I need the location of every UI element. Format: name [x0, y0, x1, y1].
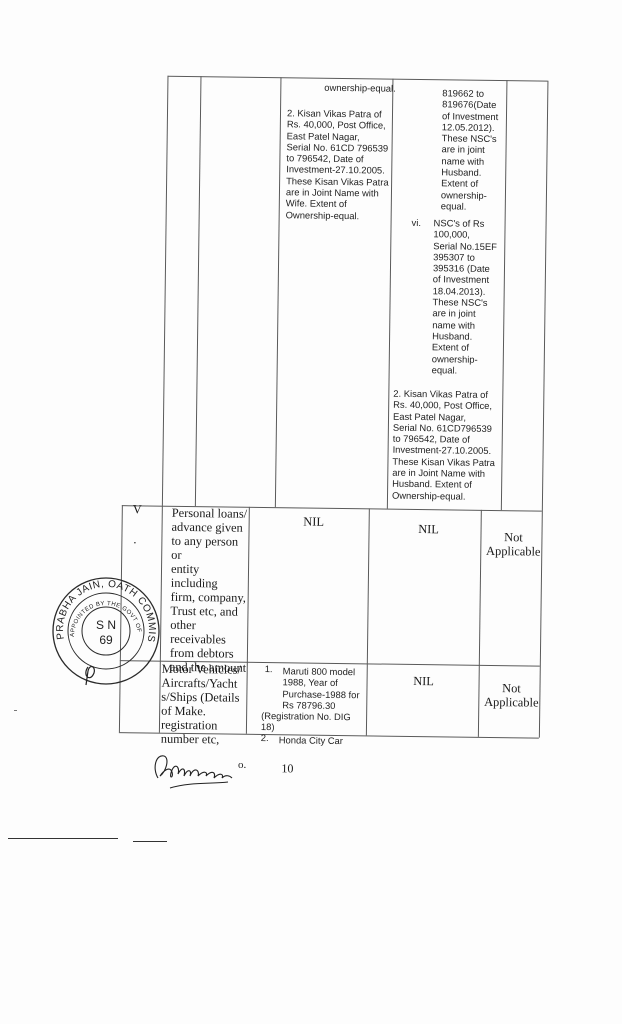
- scan-speck: [14, 710, 17, 711]
- signature-icon: o.: [150, 748, 260, 794]
- row-motor-spouse-value: NIL: [369, 673, 479, 688]
- col-line-1-upper: [195, 76, 202, 506]
- row-v-self-value: NIL: [259, 514, 369, 529]
- row-motor-dependents-value: Not Applicable: [480, 681, 542, 710]
- notary-stamp-icon: PRABHA JAIN, OATH COMMISSIONER APPOINTED…: [50, 575, 162, 687]
- nsc-vi-marker: vi.: [412, 217, 422, 228]
- col-line-2-upper: [275, 77, 282, 507]
- col-line-3-lower: [366, 508, 370, 735]
- scanned-page: ownership-equal. 2. Kisan Vikas Patra of…: [0, 0, 622, 1024]
- signature-suffix: o.: [238, 759, 247, 771]
- row-v-spouse-value: NIL: [373, 521, 483, 536]
- continued-ownership-text: ownership-equal.: [324, 82, 396, 94]
- nsc-vi-entry: NSC's of Rs 100,000, Serial No.15EF 3953…: [432, 217, 504, 376]
- vehicle-registration: (Registration No. DIG 18): [261, 710, 366, 734]
- row-v-serial: V: [133, 502, 142, 516]
- row-v-description: Personal loans/ advance given to any per…: [170, 506, 250, 675]
- nsc-continued-entry: 819662 to 819676(Date of Investment 12.0…: [441, 87, 509, 212]
- vehicle-item-1-text: Maruti 800 model 1988, Year of Purchase-…: [282, 665, 367, 711]
- kvp-husband-entry: 2. Kisan Vikas Patra of Rs. 40,000, Post…: [392, 388, 501, 502]
- kvp-wife-entry: 2. Kisan Vikas Patra of Rs. 40,000, Post…: [286, 107, 393, 221]
- table-top-border: [167, 76, 547, 82]
- row-v-dot: .: [133, 532, 136, 546]
- footer-rule-right: [133, 841, 167, 842]
- footer-rule-left: [8, 838, 118, 839]
- row-v-dependents-value: Not Applicable: [482, 530, 544, 559]
- stamp-center-bottom: 69: [99, 633, 113, 647]
- col-line-0-upper: [162, 76, 169, 506]
- col-line-5-upper: [539, 81, 549, 738]
- vehicle-item-2-text: Honda City Car: [279, 734, 343, 746]
- row-motor-description: Motor Vehicles/ Aircrafts/Yacht s/Ships …: [161, 662, 248, 747]
- page-number: 10: [281, 761, 293, 776]
- vehicle-item-2-number: 2.: [261, 732, 269, 743]
- document-sheet: ownership-equal. 2. Kisan Vikas Patra of…: [0, 0, 622, 1024]
- vehicle-item-1-number: 1.: [265, 663, 273, 674]
- stamp-center-top: S N: [96, 618, 116, 632]
